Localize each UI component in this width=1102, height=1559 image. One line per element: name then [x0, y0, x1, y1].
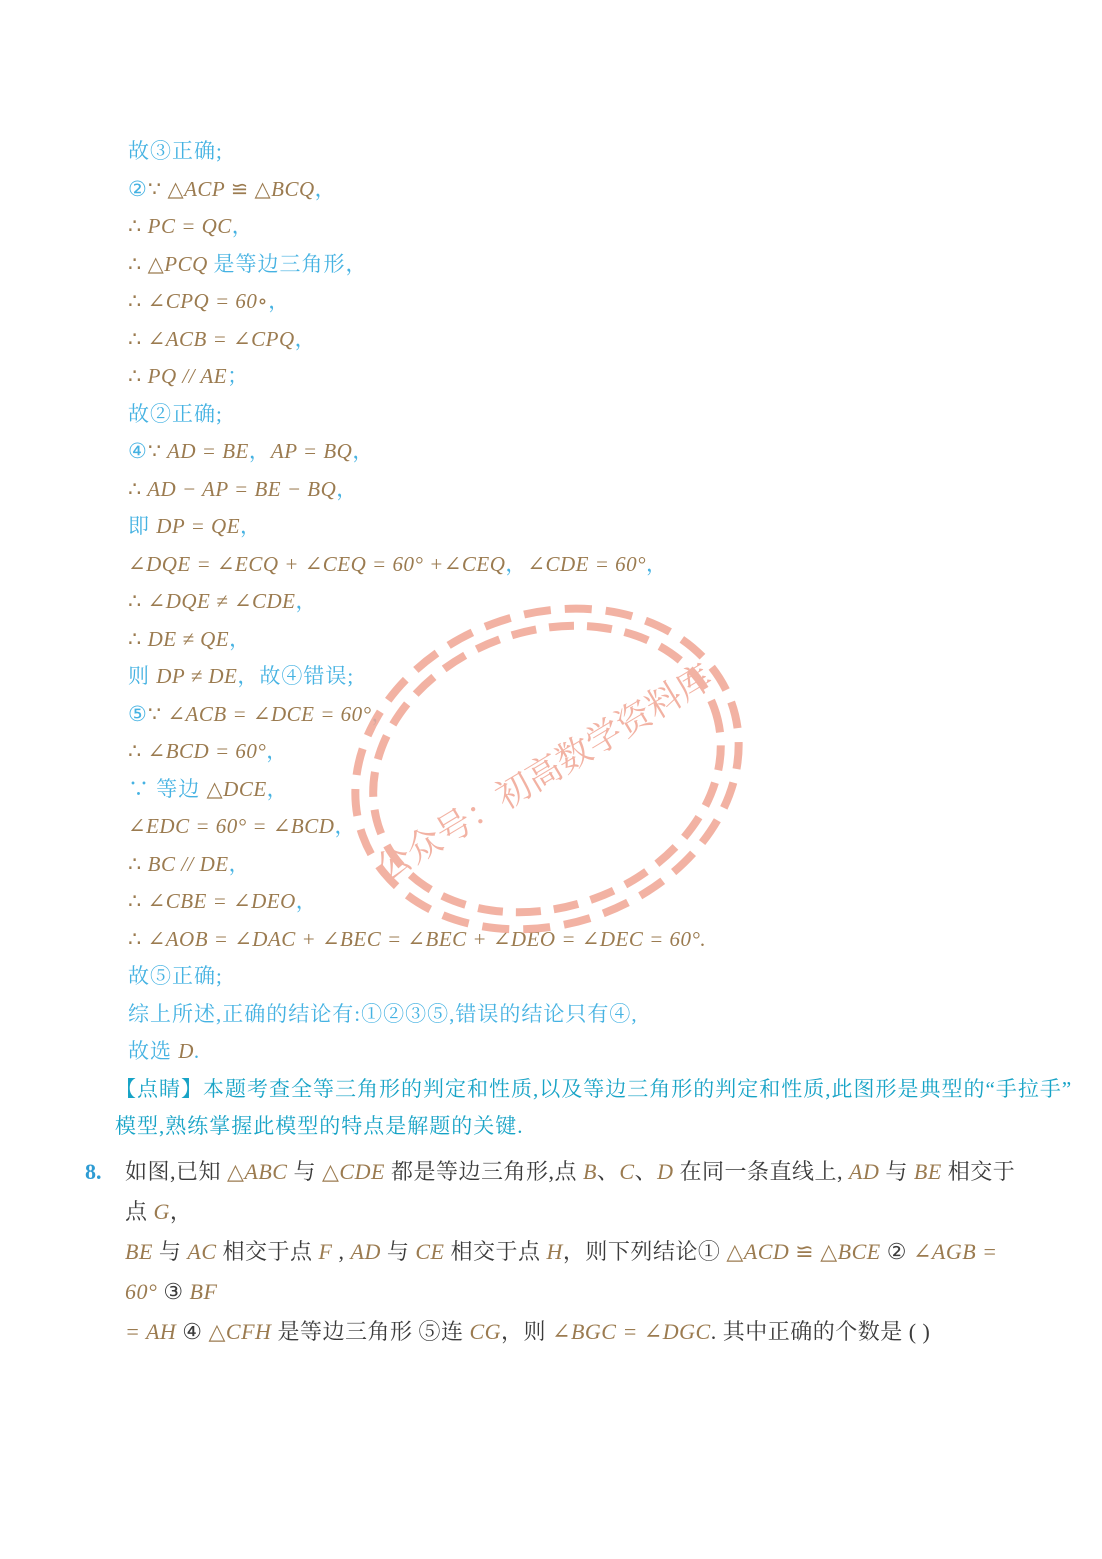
math-segment: ∠BGC = ∠DGC — [552, 1319, 711, 1344]
math-segment: ∴ ∠AOB = ∠DAC + ∠BEC = ∠BEC + ∠DEO = ∠DE… — [128, 927, 706, 951]
text-segment: ， — [372, 702, 394, 726]
text-segment: ， — [229, 627, 251, 651]
math-segment: D — [657, 1159, 679, 1184]
math-segment: DP = QE — [156, 514, 240, 538]
solution-line: ∠EDC = 60° = ∠BCD， — [128, 808, 1018, 846]
text-segment: ， — [296, 889, 318, 913]
math-segment: C — [619, 1159, 634, 1184]
text-segment: 相交于点 — [223, 1239, 319, 1264]
text-segment: ② — [128, 177, 148, 201]
text-segment: . 其中正确的个数是 ( ) — [711, 1319, 931, 1344]
solution-block: 故③正确;②∵ △ACP ≌ △BCQ，∴ PC = QC，∴ △PCQ 是等边… — [128, 133, 1018, 1146]
text-segment: ， — [229, 852, 251, 876]
text-segment: 综上所述,正确的结论有:①②③⑤,错误的结论只有④, — [128, 1002, 638, 1026]
math-segment: ∵ △ACP ≌ △BCQ — [148, 177, 315, 201]
question-line: BE 与 AC 相交于点 F , AD 与 CE 相交于点 H，则下列结论① △… — [125, 1232, 1025, 1312]
math-segment: BE — [914, 1159, 948, 1184]
text-segment: 故⑤正确; — [128, 964, 223, 988]
question-8: 8. 如图,已知 △ABC 与 △CDE 都是等边三角形,点 B、C、D 在同一… — [85, 1152, 1025, 1352]
text-segment: ， — [267, 777, 289, 801]
math-segment: AC — [187, 1239, 222, 1264]
text-segment: 则 — [128, 664, 156, 688]
solution-line: ∴ △PCQ 是等边三角形， — [128, 246, 1018, 284]
math-segment: DP ≠ DE — [156, 664, 237, 688]
text-segment: ⑤ — [128, 702, 148, 726]
text-segment: ， — [266, 739, 288, 763]
math-segment: BE — [125, 1239, 159, 1264]
solution-line: ∴ PC = QC， — [128, 208, 1018, 246]
math-segment: △CFH — [209, 1319, 278, 1344]
question-text: 如图,已知 △ABC 与 △CDE 都是等边三角形,点 B、C、D 在同一条直线… — [125, 1152, 1025, 1352]
text-segment: ， — [170, 1199, 193, 1224]
text-segment: ③ — [157, 1279, 189, 1304]
text-segment: 是等边三角形 ⑤连 — [277, 1319, 469, 1344]
math-segment: △ACD ≌ △BCE — [726, 1239, 880, 1264]
solution-line: 故⑤正确; — [128, 958, 1018, 996]
math-segment: ∴ ∠ACB = ∠CPQ — [128, 327, 295, 351]
text-segment: ， — [240, 514, 262, 538]
text-segment: 故②正确; — [128, 402, 223, 426]
text-segment: 【点睛】本题考查全等三角形的判定和性质,以及等边三角形的判定和性质,此图形是典型… — [115, 1077, 1072, 1101]
math-segment: ∵ ∠ACB = ∠DCE = 60° — [148, 702, 372, 726]
math-segment: △DCE — [207, 777, 267, 801]
text-segment: ， — [505, 552, 527, 576]
solution-line: ∴ ∠CBE = ∠DEO， — [128, 883, 1018, 921]
math-segment: AD — [849, 1159, 885, 1184]
solution-line: 综上所述,正确的结论有:①②③⑤,错误的结论只有④, — [128, 996, 1018, 1034]
text-segment: ， — [646, 552, 668, 576]
math-segment: D — [178, 1039, 194, 1063]
solution-line: 模型,熟练掌握此模型的特点是解题的关键. — [115, 1108, 1018, 1146]
text-segment: 相交于点 — [450, 1239, 546, 1264]
text-segment: ， — [268, 289, 290, 313]
text-segment: 故③正确; — [128, 139, 223, 163]
text-segment: ， — [352, 439, 374, 463]
text-segment: 与 — [159, 1239, 188, 1264]
math-segment: ∴ ∠DQE ≠ ∠CDE — [128, 589, 296, 613]
text-segment: ， — [295, 327, 317, 351]
text-segment: 即 — [128, 514, 156, 538]
solution-line: ∠DQE = ∠ECQ + ∠CEQ = 60° +∠CEQ，∠CDE = 60… — [128, 546, 1018, 584]
math-segment: AD — [351, 1239, 387, 1264]
math-segment: △ABC — [227, 1159, 293, 1184]
math-segment: ∴ △PCQ — [128, 252, 214, 276]
math-segment: ∵ AD = BE — [148, 439, 249, 463]
math-segment: BF — [190, 1279, 218, 1304]
solution-line: ∴ ∠AOB = ∠DAC + ∠BEC = ∠BEC + ∠DEO = ∠DE… — [128, 921, 1018, 959]
text-segment: ∵ 等边 — [128, 777, 207, 801]
question-line: = AH ④ △CFH 是等边三角形 ⑤连 CG，则 ∠BGC = ∠DGC. … — [125, 1312, 1025, 1352]
question-line: 如图,已知 △ABC 与 △CDE 都是等边三角形,点 B、C、D 在同一条直线… — [125, 1152, 1025, 1232]
math-segment: H — [546, 1239, 562, 1264]
text-segment: 与 — [294, 1159, 323, 1184]
text-segment: ， — [249, 439, 271, 463]
math-segment: F — [319, 1239, 333, 1264]
solution-line: ∴ AD − AP = BE − BQ， — [128, 471, 1018, 509]
text-segment: ，则下列结论① — [563, 1239, 727, 1264]
solution-line: ⑤∵ ∠ACB = ∠DCE = 60°， — [128, 696, 1018, 734]
math-segment: △CDE — [322, 1159, 391, 1184]
math-segment: ∴ PC = QC — [128, 214, 232, 238]
math-segment: ∴ AD − AP = BE − BQ — [128, 477, 336, 501]
text-segment: 与 — [387, 1239, 416, 1264]
text-segment: . — [194, 1039, 200, 1063]
math-segment: AP = BQ — [271, 439, 352, 463]
text-segment: ， — [334, 814, 356, 838]
question-number: 8. — [85, 1152, 125, 1192]
text-segment: ， — [336, 477, 358, 501]
math-segment: ∴ BC // DE — [128, 852, 229, 876]
solution-line: ∴ ∠BCD = 60°， — [128, 733, 1018, 771]
text-segment: 、 — [597, 1159, 620, 1184]
math-segment: G — [154, 1199, 170, 1224]
text-segment: ④ — [176, 1319, 208, 1344]
text-segment: 与 — [885, 1159, 914, 1184]
text-segment: 是等边三角形， — [214, 252, 368, 276]
solution-line: 即 DP = QE， — [128, 508, 1018, 546]
math-segment: ∠CDE = 60° — [527, 552, 646, 576]
document-page: 故③正确;②∵ △ACP ≌ △BCQ，∴ PC = QC，∴ △PCQ 是等边… — [0, 0, 1102, 1559]
math-segment: ∠EDC = 60° = ∠BCD — [128, 814, 334, 838]
math-segment: ∴ ∠CPQ = 60∘ — [128, 289, 268, 313]
text-segment: 都是等边三角形,点 — [391, 1159, 583, 1184]
text-segment: ，则 — [501, 1319, 552, 1344]
solution-line: ∴ ∠DQE ≠ ∠CDE， — [128, 583, 1018, 621]
math-segment: B — [583, 1159, 597, 1184]
text-segment: ，故④错误; — [237, 664, 354, 688]
math-segment: ∴ PQ // AE — [128, 364, 227, 388]
math-segment: ∴ ∠CBE = ∠DEO — [128, 889, 296, 913]
math-segment: ∴ DE ≠ QE — [128, 627, 229, 651]
solution-line: ∴ PQ // AE； — [128, 358, 1018, 396]
text-segment: 在同一条直线上, — [680, 1159, 850, 1184]
solution-line: ∴ ∠ACB = ∠CPQ， — [128, 321, 1018, 359]
solution-line: 故②正确; — [128, 396, 1018, 434]
text-segment: ， — [296, 589, 318, 613]
text-segment: ② — [881, 1239, 913, 1264]
solution-line: ②∵ △ACP ≌ △BCQ， — [128, 171, 1018, 209]
solution-line: ④∵ AD = BE，AP = BQ， — [128, 433, 1018, 471]
solution-line: 故选 D. — [128, 1033, 1018, 1071]
solution-line: 故③正确; — [128, 133, 1018, 171]
math-segment: = AH — [125, 1319, 176, 1344]
text-segment: , — [333, 1239, 351, 1264]
solution-line: ∴ DE ≠ QE， — [128, 621, 1018, 659]
text-segment: ， — [232, 214, 254, 238]
text-segment: ， — [315, 177, 337, 201]
solution-line: 则 DP ≠ DE，故④错误; — [128, 658, 1018, 696]
solution-line: 【点睛】本题考查全等三角形的判定和性质,以及等边三角形的判定和性质,此图形是典型… — [115, 1071, 1018, 1109]
math-segment: CE — [415, 1239, 450, 1264]
solution-line: ∵ 等边 △DCE， — [128, 771, 1018, 809]
text-segment: ④ — [128, 439, 148, 463]
solution-line: ∴ ∠CPQ = 60∘， — [128, 283, 1018, 321]
text-segment: 模型,熟练掌握此模型的特点是解题的关键. — [115, 1114, 524, 1138]
text-segment: 故选 — [128, 1039, 178, 1063]
math-segment: ∠DQE = ∠ECQ + ∠CEQ = 60° +∠CEQ — [128, 552, 505, 576]
text-segment: ； — [227, 364, 249, 388]
text-segment: 、 — [635, 1159, 658, 1184]
math-segment: CG — [469, 1319, 501, 1344]
text-segment: 如图,已知 — [125, 1159, 227, 1184]
solution-line: ∴ BC // DE， — [128, 846, 1018, 884]
math-segment: ∴ ∠BCD = 60° — [128, 739, 266, 763]
